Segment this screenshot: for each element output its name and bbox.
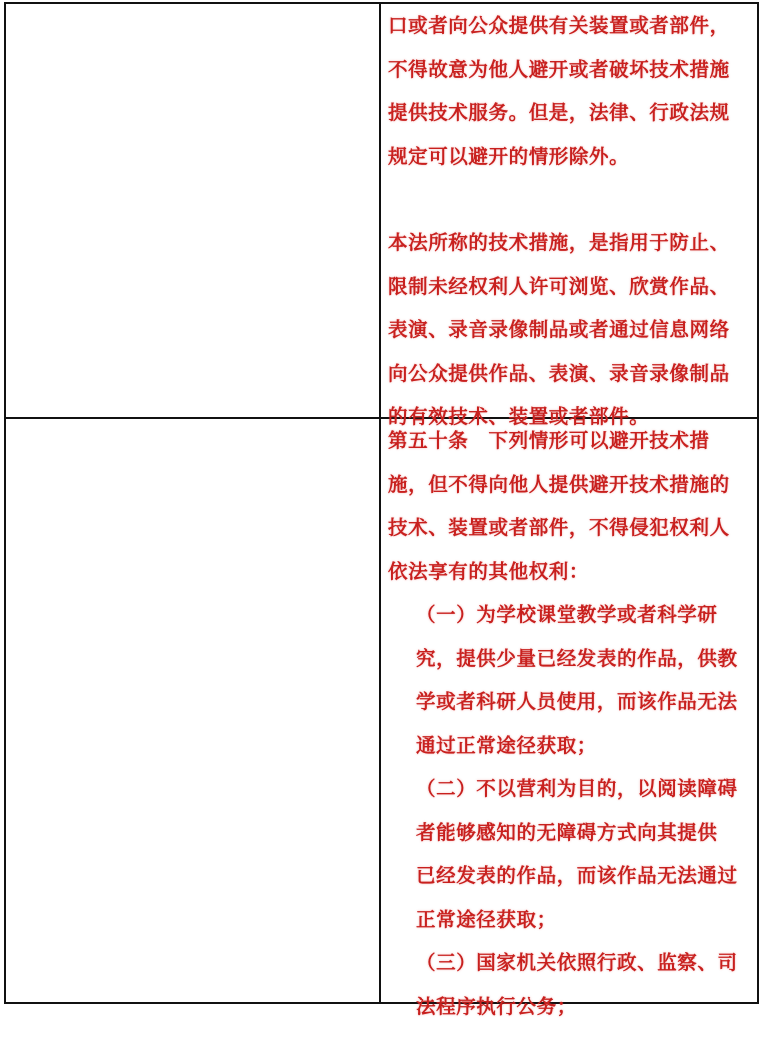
text-line: 已经发表的作品，而该作品无法通过 [416, 854, 751, 898]
text-line: 通过正常途径获取； [416, 724, 751, 768]
text-line: 表演、录音录像制品或者通过信息网络 [388, 308, 751, 352]
text-line: 究，提供少量已经发表的作品，供教 [416, 637, 751, 681]
paragraph-circumvention-prohibition: 口或者向公众提供有关装置或者部件， 不得故意为他人避开或者破坏技术措施 提供技术… [388, 4, 751, 178]
text-line: 提供技术服务。但是，法律、行政法规 [388, 91, 751, 135]
paragraph-technical-measures-definition: 本法所称的技术措施，是指用于防止、 限制未经权利人许可浏览、欣赏作品、 表演、录… [388, 221, 751, 439]
article-50-intro: 第五十条 下列情形可以避开技术措 施，但不得向他人提供避开技术措施的 技术、装置… [388, 419, 751, 593]
article-50-item-2: （二）不以营利为目的，以阅读障碍 者能够感知的无障碍方式向其提供 已经发表的作品… [388, 767, 751, 941]
table-row: 口或者向公众提供有关装置或者部件， 不得故意为他人避开或者破坏技术措施 提供技术… [6, 4, 757, 419]
right-cell: 口或者向公众提供有关装置或者部件， 不得故意为他人避开或者破坏技术措施 提供技术… [381, 4, 757, 417]
text-line: 限制未经权利人许可浏览、欣赏作品、 [388, 265, 751, 309]
law-comparison-table: 口或者向公众提供有关装置或者部件， 不得故意为他人避开或者破坏技术措施 提供技术… [4, 2, 759, 1004]
article-50-item-1: （一）为学校课堂教学或者科学研 究，提供少量已经发表的作品，供教 学或者科研人员… [388, 593, 751, 767]
text-line: 向公众提供作品、表演、录音录像制品 [388, 352, 751, 396]
text-line: （一）为学校课堂教学或者科学研 [416, 593, 751, 637]
text-line: （二）不以营利为目的，以阅读障碍 [416, 767, 751, 811]
text-line: （三）国家机关依照行政、监察、司 [416, 941, 751, 985]
right-cell: 第五十条 下列情形可以避开技术措 施，但不得向他人提供避开技术措施的 技术、装置… [381, 419, 757, 1002]
article-50-item-3: （三）国家机关依照行政、监察、司 法程序执行公务； [388, 941, 751, 1028]
text-line: 者能够感知的无障碍方式向其提供 [416, 811, 751, 855]
text-line: 第五十条 下列情形可以避开技术措 [388, 419, 751, 463]
text-line: 学或者科研人员使用，而该作品无法 [416, 680, 751, 724]
text-line: 施，但不得向他人提供避开技术措施的 [388, 463, 751, 507]
text-line: 本法所称的技术措施，是指用于防止、 [388, 221, 751, 265]
text-line: 依法享有的其他权利： [388, 550, 751, 594]
text-line: 口或者向公众提供有关装置或者部件， [388, 4, 751, 48]
left-cell-empty [6, 4, 381, 417]
table-row: 第五十条 下列情形可以避开技术措 施，但不得向他人提供避开技术措施的 技术、装置… [6, 419, 757, 1002]
text-line: 规定可以避开的情形除外。 [388, 135, 751, 179]
text-line: 正常途径获取； [416, 898, 751, 942]
paragraph-spacer [388, 178, 751, 221]
text-line: 技术、装置或者部件，不得侵犯权利人 [388, 506, 751, 550]
text-line: 不得故意为他人避开或者破坏技术措施 [388, 48, 751, 92]
left-cell-empty [6, 419, 381, 1002]
text-line: 法程序执行公务； [416, 985, 751, 1029]
